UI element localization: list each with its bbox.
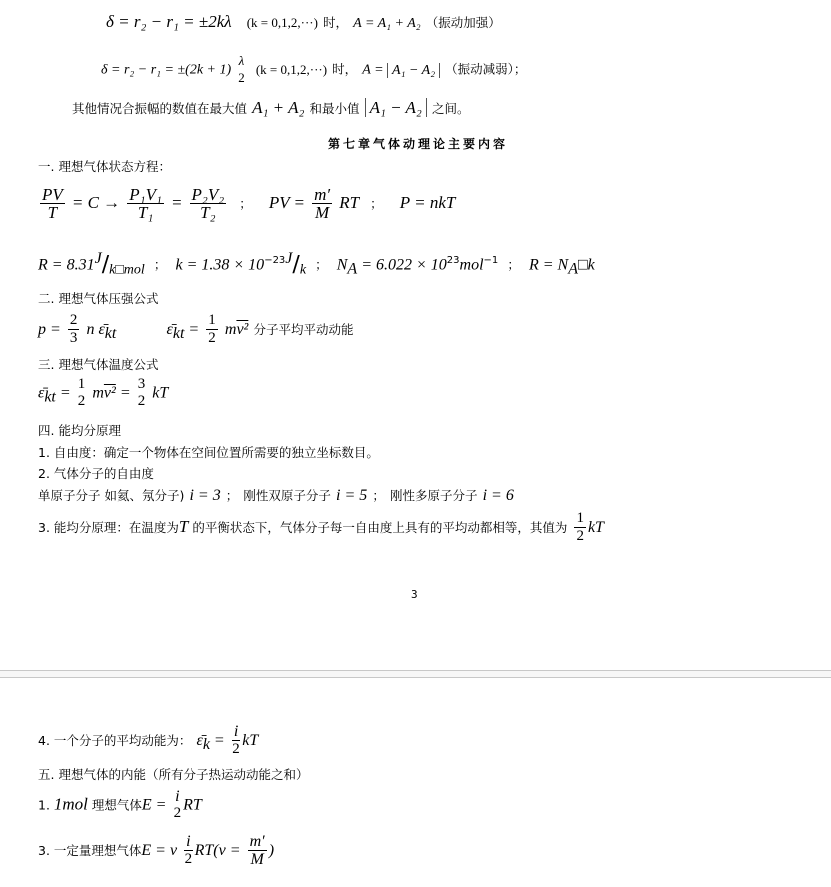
equals: = [116, 385, 131, 402]
equals-c: = C → [72, 193, 120, 212]
separator: ； [315, 257, 328, 272]
one-half: 1 2 [206, 312, 218, 347]
unit: mol [460, 256, 484, 273]
rt: RT [195, 842, 214, 859]
text-part: 之间。 [432, 101, 470, 116]
e-equals-nu: E = ν [141, 842, 177, 859]
frac-num: 1 [206, 312, 218, 330]
separator: ； [370, 196, 383, 211]
formula-constructive-interference: δ = r₂ − r₁ = ±2kλ (k = 0,1,2,···) 时， A … [106, 12, 501, 32]
frac-den: 2 [184, 851, 192, 868]
i-over-2: i 2 [184, 833, 192, 868]
frac-den: T₂ [190, 204, 227, 221]
polyatomic-text: 刚性多原子分子 [390, 488, 478, 503]
frac-num: i [184, 833, 192, 851]
section-4-heading: 四. 能均分原理 [38, 421, 121, 439]
mean-v-squared: v² [236, 321, 248, 338]
polyatomic-dof: i = 6 [483, 487, 514, 504]
text-part: 和最小值 [309, 101, 359, 116]
unit-den: k□mol [109, 263, 145, 278]
frac-den: 3 [68, 330, 80, 347]
amplitude-range-text: 其他情况合振幅的数值在最大值 A₁ + A₂ 和最小值 A₁ − A₂ 之间。 [72, 98, 469, 118]
separator: ； [372, 488, 385, 503]
separator: ； [507, 257, 520, 272]
paren-close: ) [269, 842, 274, 859]
slash: / [292, 252, 299, 277]
kt: kT [242, 732, 258, 749]
frac-den: M [312, 204, 332, 221]
diatomic-text: 刚性双原子分子 [243, 488, 331, 503]
temperature-formula: ε̄kt = 1 2 mv² = 3 2 kT [38, 376, 168, 410]
max-amplitude: A₁ + A₂ [252, 98, 304, 117]
section-5-heading: 五. 理想气体的内能（所有分子热运动动能之和） [38, 765, 308, 783]
page-number: 3 [411, 588, 418, 601]
page-border-bottom [0, 677, 831, 678]
separator: ； [226, 488, 239, 503]
frac-num: 3 [138, 376, 146, 393]
frac-den: 2 [232, 741, 240, 758]
frac-den: T [40, 204, 65, 221]
frac-den: 2 [174, 805, 182, 822]
text-part: 理想气体 [88, 798, 142, 813]
formula-destructive-interference: δ = r₂ − r₁ = ±(2k + 1) λ 2 (k = 0,1,2,·… [101, 52, 526, 86]
e-equals: E = [142, 797, 167, 814]
frac-num: m′ [248, 833, 267, 851]
pv-equals: PV = [269, 193, 305, 212]
unit-den: k [300, 263, 306, 278]
text-part: 3. 能均分原理：在温度为 [38, 520, 179, 535]
equals: = [210, 732, 225, 749]
mass: m [92, 385, 104, 402]
equals: = [184, 321, 199, 338]
k-condition: (k = 0,1,2,···) [256, 62, 327, 77]
exponent: −23 [264, 255, 285, 266]
physical-constants: R = 8.31J/k□mol ； k = 1.38 × 10−23J/k ； … [38, 250, 595, 279]
monatomic-text: 单原子分子 如氦、氖分子) [38, 488, 184, 503]
path-difference-formula: δ = r₂ − r₁ = ±(2k + 1) [101, 63, 231, 78]
note-reinforce: （振动加强） [426, 15, 501, 30]
three-halves: 3 2 [138, 376, 146, 410]
frac-num: i [174, 788, 182, 805]
slash: / [102, 252, 109, 277]
frac-num: 1 [574, 510, 586, 528]
boltzmann-constant: k = 1.38 × 10 [175, 256, 264, 273]
frac-num: i [232, 723, 240, 741]
text-part: 4. 一个分子的平均动能为： [38, 733, 191, 748]
amplitude-sum: A = A₁ + A₂ [353, 16, 421, 31]
avogadro-value: = 6.022 × 10 [357, 256, 447, 273]
frac-den: 2 [78, 393, 86, 410]
frac-den: M [248, 851, 267, 868]
amplitude-label: A = [362, 63, 387, 78]
item-gas-molecule-dof: 2. 气体分子的自由度 [38, 464, 154, 482]
p-equals-nkt: P = nkT [400, 193, 456, 212]
p-equals: p = [38, 321, 61, 338]
amplitude-difference: A₁ − A₂ [387, 63, 440, 78]
p2v2-over-t2: P₂V₂ T₂ [190, 186, 227, 221]
unit-num: J [95, 250, 102, 267]
one-half: 1 2 [78, 376, 86, 410]
mass: m [225, 321, 237, 338]
ideal-gas-state-equations: PV T = C → P₁V₁ T₁ = P₂V₂ T₂ ； PV = m′ M… [38, 186, 455, 221]
frac-num: P₂V₂ [190, 186, 227, 204]
rt: RT [183, 797, 202, 814]
note-weaken: （振动减弱）； [445, 62, 526, 77]
m-over-M: m′ M [312, 186, 332, 221]
diatomic-dof: i = 5 [336, 487, 367, 504]
section-3-heading: 三. 理想气体温度公式 [38, 355, 158, 373]
separator: ； [154, 257, 167, 272]
lambda-over-2: λ 2 [238, 52, 245, 86]
frac-den: 2 [206, 330, 218, 347]
dof-values: 单原子分子 如氦、氖分子) i = 3 ； 刚性双原子分子 i = 5 ； 刚性… [38, 485, 514, 505]
equipartition-principle: 3. 能均分原理：在温度为T 的平衡状态下，气体分子每一自由度上具有的平均动都相… [38, 510, 604, 545]
rt: RT [339, 193, 359, 212]
text-part: 的平衡状态下，气体分子每一自由度上具有的平均动都相等，其值为 [188, 520, 567, 535]
avg-kinetic-energy: 4. 一个分子的平均动能为： ε̄k = i 2 kT [38, 723, 258, 758]
item-degrees-of-freedom: 1. 自由度：确定一个物体在空间位置所需要的独立坐标数目。 [38, 443, 379, 461]
frac-num: 2 [68, 312, 80, 330]
pv-over-t: PV T [40, 186, 65, 221]
monatomic-dof: i = 3 [189, 487, 220, 504]
k-condition: (k = 0,1,2,···) [247, 15, 318, 30]
equals: = [56, 385, 71, 402]
mol-unit: 1mol [54, 795, 88, 814]
text-part: 其他情况合振幅的数值在最大值 [72, 101, 247, 116]
when-text: 时， [332, 62, 357, 77]
frac-num: m′ [312, 186, 332, 204]
frac-den: T₁ [127, 204, 164, 221]
when-text: 时， [323, 15, 348, 30]
kt: kT [152, 385, 168, 402]
frac-num: λ [238, 52, 245, 69]
subscript: A [568, 261, 578, 278]
p1v1-over-t1: P₁V₁ T₁ [127, 186, 164, 221]
subscript: kt [105, 325, 117, 342]
avogadro-symbol: N [337, 256, 348, 273]
text-part: 3. 一定量理想气体 [38, 843, 141, 858]
section-2-heading: 二. 理想气体压强公式 [38, 289, 158, 307]
internal-energy-general: 3. 一定量理想气体E = ν i 2 RT(ν = m′ M ) [38, 833, 274, 868]
label-text: 分子平均平动动能 [253, 322, 353, 337]
subscript: kt [44, 389, 56, 406]
frac-num: P₁V₁ [127, 186, 164, 204]
exponent: 23 [447, 255, 460, 266]
separator: ； [239, 196, 252, 211]
one-half: 1 2 [574, 510, 586, 545]
pressure-formula: p = 2 3 n ε̄kt ε̄kt = 1 2 mv² 分子平均平动动能 [38, 312, 353, 347]
subscript: A [347, 261, 357, 278]
paren-open: (ν = [213, 842, 240, 859]
equals: = [171, 193, 182, 212]
internal-energy-1mol: 1. 1mol 理想气体E = i 2 RT [38, 788, 202, 822]
two-thirds: 2 3 [68, 312, 80, 347]
r-equals: R = N [529, 256, 568, 273]
section-1-heading: 一. 理想气体状态方程： [38, 157, 171, 175]
min-amplitude: A₁ − A₂ [365, 98, 427, 117]
frac-num: PV [40, 186, 65, 204]
item-number: 1. [38, 798, 54, 813]
subscript: kt [173, 325, 185, 342]
path-difference-formula: δ = r₂ − r₁ = ±2kλ [106, 12, 232, 31]
chapter-title: 第七章气体动理论主要内容 [328, 135, 508, 152]
frac-den: 2 [138, 393, 146, 410]
temperature-symbol: T [179, 517, 188, 536]
m-over-M: m′ M [248, 833, 267, 868]
n-epsilon: n ε̄ [86, 321, 104, 338]
exponent: −1 [484, 255, 499, 266]
subscript: k [203, 736, 210, 753]
mean-v-squared: v² [104, 385, 116, 402]
kt: kT [588, 519, 604, 536]
gas-constant: R = 8.31 [38, 256, 95, 273]
k-tail: □k [578, 256, 595, 273]
frac-num: 1 [78, 376, 86, 393]
i-over-2: i 2 [232, 723, 240, 758]
i-over-2: i 2 [174, 788, 182, 822]
frac-den: 2 [574, 528, 586, 545]
frac-den: 2 [238, 69, 245, 86]
